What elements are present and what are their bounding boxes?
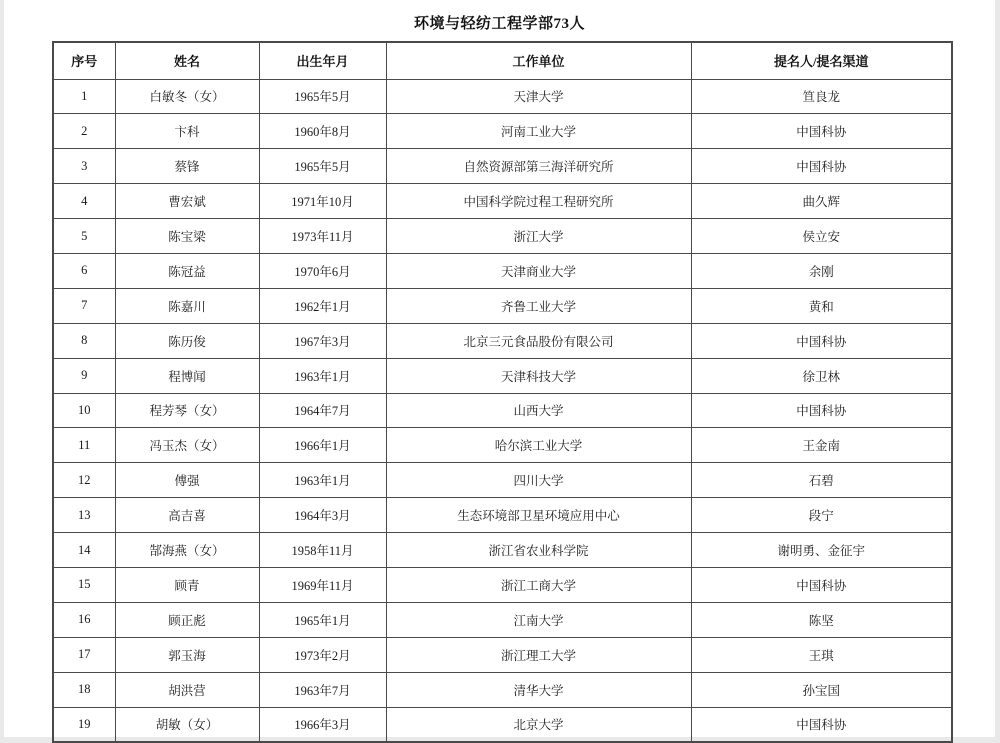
table-cell: 天津商业大学 — [386, 253, 691, 288]
table-row: 12傅强1963年1月四川大学石碧 — [53, 463, 952, 498]
table-cell: 中国科协 — [691, 323, 952, 358]
table-cell: 中国科协 — [691, 114, 952, 149]
table-row: 5陈宝梁1973年11月浙江大学侯立安 — [53, 219, 952, 254]
table-cell: 石碧 — [691, 463, 952, 498]
column-header: 出生年月 — [259, 42, 386, 79]
table-cell: 王金南 — [691, 428, 952, 463]
table-cell: 1960年8月 — [259, 114, 386, 149]
column-header: 姓名 — [115, 42, 259, 79]
table-row: 14郜海燕（女）1958年11月浙江省农业科学院谢明勇、金征宇 — [53, 533, 952, 568]
table-cell: 13 — [53, 498, 115, 533]
table-cell: 郭玉海 — [115, 637, 259, 672]
table-row: 2卞科1960年8月河南工业大学中国科协 — [53, 114, 952, 149]
table-cell: 自然资源部第三海洋研究所 — [386, 149, 691, 184]
table-cell: 顾正彪 — [115, 602, 259, 637]
table-cell: 山西大学 — [386, 393, 691, 428]
table-cell: 1963年7月 — [259, 672, 386, 707]
table-cell: 1970年6月 — [259, 253, 386, 288]
table-row: 6陈冠益1970年6月天津商业大学余刚 — [53, 253, 952, 288]
table-cell: 1963年1月 — [259, 358, 386, 393]
column-header: 提名人/提名渠道 — [691, 42, 952, 79]
table-row: 1白敏冬（女）1965年5月天津大学笪良龙 — [53, 79, 952, 114]
table-cell: 1969年11月 — [259, 567, 386, 602]
table-body: 1白敏冬（女）1965年5月天津大学笪良龙2卞科1960年8月河南工业大学中国科… — [53, 79, 952, 742]
table-cell: 6 — [53, 253, 115, 288]
table-cell: 河南工业大学 — [386, 114, 691, 149]
table-cell: 中国科协 — [691, 707, 952, 742]
table-cell: 浙江大学 — [386, 219, 691, 254]
table-cell: 1 — [53, 79, 115, 114]
table-cell: 11 — [53, 428, 115, 463]
table-cell: 曲久辉 — [691, 184, 952, 219]
table-cell: 顾青 — [115, 567, 259, 602]
table-cell: 中国科学院过程工程研究所 — [386, 184, 691, 219]
table-cell: 1966年1月 — [259, 428, 386, 463]
column-header: 工作单位 — [386, 42, 691, 79]
table-cell: 高吉喜 — [115, 498, 259, 533]
table-cell: 1971年10月 — [259, 184, 386, 219]
table-cell: 胡洪营 — [115, 672, 259, 707]
table-cell: 12 — [53, 463, 115, 498]
table-cell: 4 — [53, 184, 115, 219]
table-cell: 15 — [53, 567, 115, 602]
table-cell: 7 — [53, 288, 115, 323]
table-cell: 1962年1月 — [259, 288, 386, 323]
table-cell: 1965年1月 — [259, 602, 386, 637]
table-row: 10程芳琴（女）1964年7月山西大学中国科协 — [53, 393, 952, 428]
table-row: 4曹宏斌1971年10月中国科学院过程工程研究所曲久辉 — [53, 184, 952, 219]
table-cell: 北京三元食品股份有限公司 — [386, 323, 691, 358]
table-cell: 中国科协 — [691, 567, 952, 602]
table-cell: 段宁 — [691, 498, 952, 533]
table-cell: 1973年11月 — [259, 219, 386, 254]
table-row: 13高吉喜1964年3月生态环境部卫星环境应用中心段宁 — [53, 498, 952, 533]
table-cell: 孙宝国 — [691, 672, 952, 707]
table-row: 3蔡锋1965年5月自然资源部第三海洋研究所中国科协 — [53, 149, 952, 184]
table-cell: 天津科技大学 — [386, 358, 691, 393]
table-row: 11冯玉杰（女）1966年1月哈尔滨工业大学王金南 — [53, 428, 952, 463]
table-cell: 1965年5月 — [259, 79, 386, 114]
table-row: 9程博闻1963年1月天津科技大学徐卫林 — [53, 358, 952, 393]
table-cell: 5 — [53, 219, 115, 254]
table-cell: 清华大学 — [386, 672, 691, 707]
table-cell: 白敏冬（女） — [115, 79, 259, 114]
table-row: 7陈嘉川1962年1月齐鲁工业大学黄和 — [53, 288, 952, 323]
table-cell: 1964年7月 — [259, 393, 386, 428]
table-cell: 3 — [53, 149, 115, 184]
table-cell: 齐鲁工业大学 — [386, 288, 691, 323]
table-cell: 余刚 — [691, 253, 952, 288]
table-cell: 黄和 — [691, 288, 952, 323]
table-cell: 笪良龙 — [691, 79, 952, 114]
table-cell: 1973年2月 — [259, 637, 386, 672]
table-cell: 江南大学 — [386, 602, 691, 637]
table-cell: 19 — [53, 707, 115, 742]
table-header: 序号姓名出生年月工作单位提名人/提名渠道 — [53, 42, 952, 79]
table-cell: 浙江理工大学 — [386, 637, 691, 672]
document-page: 环境与轻纺工程学部73人 序号姓名出生年月工作单位提名人/提名渠道 1白敏冬（女… — [4, 0, 995, 737]
table-cell: 1967年3月 — [259, 323, 386, 358]
table-cell: 浙江工商大学 — [386, 567, 691, 602]
table-cell: 陈坚 — [691, 602, 952, 637]
table-cell: 18 — [53, 672, 115, 707]
table-cell: 卞科 — [115, 114, 259, 149]
table-cell: 浙江省农业科学院 — [386, 533, 691, 568]
table-header-row: 序号姓名出生年月工作单位提名人/提名渠道 — [53, 42, 952, 79]
table-cell: 10 — [53, 393, 115, 428]
table-row: 18胡洪营1963年7月清华大学孙宝国 — [53, 672, 952, 707]
table-cell: 1966年3月 — [259, 707, 386, 742]
table-cell: 2 — [53, 114, 115, 149]
table-cell: 程芳琴（女） — [115, 393, 259, 428]
table-cell: 曹宏斌 — [115, 184, 259, 219]
table-cell: 天津大学 — [386, 79, 691, 114]
table-row: 17郭玉海1973年2月浙江理工大学王琪 — [53, 637, 952, 672]
table-cell: 谢明勇、金征宇 — [691, 533, 952, 568]
table-cell: 1965年5月 — [259, 149, 386, 184]
table-cell: 1963年1月 — [259, 463, 386, 498]
column-header: 序号 — [53, 42, 115, 79]
nominee-roster-table: 序号姓名出生年月工作单位提名人/提名渠道 1白敏冬（女）1965年5月天津大学笪… — [52, 41, 953, 743]
table-cell: 1958年11月 — [259, 533, 386, 568]
table-cell: 王琪 — [691, 637, 952, 672]
table-cell: 16 — [53, 602, 115, 637]
table-cell: 傅强 — [115, 463, 259, 498]
table-cell: 冯玉杰（女） — [115, 428, 259, 463]
table-cell: 陈嘉川 — [115, 288, 259, 323]
table-cell: 陈宝梁 — [115, 219, 259, 254]
table-cell: 17 — [53, 637, 115, 672]
table-cell: 中国科协 — [691, 393, 952, 428]
table-cell: 北京大学 — [386, 707, 691, 742]
table-cell: 哈尔滨工业大学 — [386, 428, 691, 463]
table-cell: 8 — [53, 323, 115, 358]
table-cell: 四川大学 — [386, 463, 691, 498]
table-row: 8陈历俊1967年3月北京三元食品股份有限公司中国科协 — [53, 323, 952, 358]
table-cell: 程博闻 — [115, 358, 259, 393]
table-cell: 陈历俊 — [115, 323, 259, 358]
table-cell: 郜海燕（女） — [115, 533, 259, 568]
table-cell: 侯立安 — [691, 219, 952, 254]
table-cell: 陈冠益 — [115, 253, 259, 288]
table-cell: 胡敏（女） — [115, 707, 259, 742]
table-cell: 9 — [53, 358, 115, 393]
table-cell: 徐卫林 — [691, 358, 952, 393]
table-cell: 蔡锋 — [115, 149, 259, 184]
page-title: 环境与轻纺工程学部73人 — [4, 12, 995, 33]
table-cell: 生态环境部卫星环境应用中心 — [386, 498, 691, 533]
table-cell: 14 — [53, 533, 115, 568]
table-cell: 1964年3月 — [259, 498, 386, 533]
table-cell: 中国科协 — [691, 149, 952, 184]
table-row: 15顾青1969年11月浙江工商大学中国科协 — [53, 567, 952, 602]
table-row: 19胡敏（女）1966年3月北京大学中国科协 — [53, 707, 952, 742]
table-row: 16顾正彪1965年1月江南大学陈坚 — [53, 602, 952, 637]
